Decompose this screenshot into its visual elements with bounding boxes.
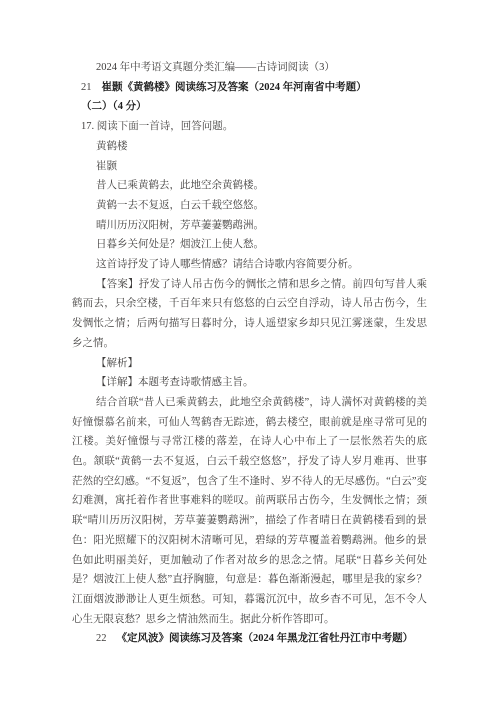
detail-paragraph: 结合首联“昔人已乘黄鹤去，此地空余黄鹤楼”，诗人满怀对黄鹤楼的美好憧憬慕名前来，…: [72, 393, 427, 629]
question-17-intro: 17. 阅读下面一首诗，回答问题。: [72, 117, 427, 137]
section-21-title: 崔颢《黄鹤楼》阅读练习及答案（2024 年河南省中考题）: [102, 82, 367, 93]
section-22-heading: 22《定风波》阅读练习及答案（2024 年黑龙江省牡丹江市中考题）: [72, 629, 427, 649]
answer-paragraph: 【答案】抒发了诗人吊古伤今的惆怅之情和思乡之情。前四句写昔人乘鹤而去，只余空楼，…: [72, 275, 427, 354]
question-text: 这首诗抒发了诗人哪些情感？请结合诗歌内容简要分析。: [72, 255, 427, 275]
detail-intro: 【详解】本题考查诗歌情感主旨。: [72, 373, 427, 393]
part-label: （二）（4 分）: [72, 97, 427, 117]
section-21-number: 21: [81, 82, 92, 93]
doc-header: 2024 年中考语文真题分类汇编——古诗词阅读（3）: [72, 58, 427, 78]
poem-line: 黄鹤一去不复返，白云千载空悠悠。: [72, 196, 427, 216]
analysis-label: 【解析】: [72, 354, 427, 374]
poem-author: 崔颢: [72, 157, 427, 177]
section-21-heading: 21崔颢《黄鹤楼》阅读练习及答案（2024 年河南省中考题）: [72, 78, 427, 98]
poem: 黄鹤楼 崔颢 昔人已乘黄鹤去，此地空余黄鹤楼。 黄鹤一去不复返，白云千载空悠悠。…: [72, 137, 427, 255]
poem-line: 日暮乡关何处是？烟波江上使人愁。: [72, 235, 427, 255]
poem-line: 晴川历历汉阳树，芳草萋萋鹦鹉洲。: [72, 216, 427, 236]
poem-line: 昔人已乘黄鹤去，此地空余黄鹤楼。: [72, 176, 427, 196]
section-22-number: 22: [96, 633, 107, 644]
document-page: 2024 年中考语文真题分类汇编——古诗词阅读（3） 21崔颢《黄鹤楼》阅读练习…: [0, 0, 500, 707]
poem-title: 黄鹤楼: [72, 137, 427, 157]
section-22-title: 《定风波》阅读练习及答案（2024 年黑龙江省牡丹江市中考题）: [117, 633, 414, 644]
